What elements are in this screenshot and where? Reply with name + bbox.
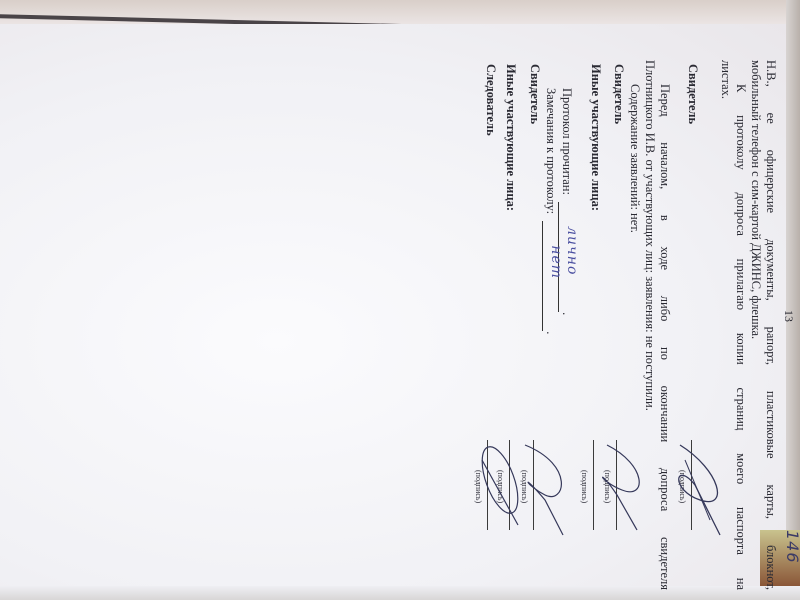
paragraph-statements-line-2: Плотницкого И.В. от участвующих лиц: зая…: [642, 60, 658, 590]
signature-caption: (подпись): [600, 470, 616, 503]
protocol-read-label: Протокол прочитан:: [560, 88, 574, 195]
paragraph-statements-line-1: Перед началом, в ходе либо по окончании …: [657, 60, 673, 590]
paragraph-items-line-1: Н.В., ее офицерские документы, рапорт, п…: [763, 60, 779, 590]
other-participants-label: Иные участвующие лица:: [588, 64, 604, 211]
signature-caption: (подпись): [577, 470, 593, 503]
paragraph-attachment-line-1: К протоколу допроса прилагаю копии стран…: [733, 60, 749, 590]
protocol-read-row: Протокол прочитан: лично .: [559, 88, 575, 315]
signature-caption: (подпись): [675, 470, 691, 503]
witness-label: Свидетель: [611, 64, 627, 124]
signature-line: [593, 440, 594, 530]
witness-label: Свидетель: [527, 64, 543, 124]
paragraph-items-line-2: мобильный телефон с сим-картой ДЖИНС, фл…: [748, 60, 764, 590]
signature-line: [509, 440, 510, 530]
witness-label: Свидетель: [685, 64, 701, 124]
signature-line: [487, 440, 488, 530]
investigator-label: Следователь: [483, 64, 499, 136]
signature-caption: (подпись): [493, 470, 509, 503]
signature-line: [691, 440, 692, 530]
signature-line: [616, 440, 617, 530]
remarks-value: нет: [548, 245, 564, 279]
background-surface: [0, 0, 800, 26]
signature-caption: (подпись): [517, 470, 533, 503]
remarks-field: нет: [543, 221, 558, 331]
protocol-read-value: лично: [564, 226, 580, 275]
document-sheet: 13 146 Н.В., ее офицерские документы, ра…: [440, 60, 800, 600]
other-participants-label: Иные участвующие лица:: [503, 64, 519, 211]
paragraph-statements-content: Содержание заявлений: нет.: [627, 60, 643, 590]
signature-line: [533, 440, 534, 530]
page-number: 13: [781, 310, 797, 322]
paragraph-attachment-line-2: листах.: [718, 60, 734, 590]
remarks-row: Замечания к протоколу: нет .: [543, 88, 559, 334]
handwritten-sheet-number: 146: [785, 530, 800, 564]
signature-caption: (подпись): [471, 470, 487, 503]
remarks-label: Замечания к протоколу:: [544, 88, 558, 214]
